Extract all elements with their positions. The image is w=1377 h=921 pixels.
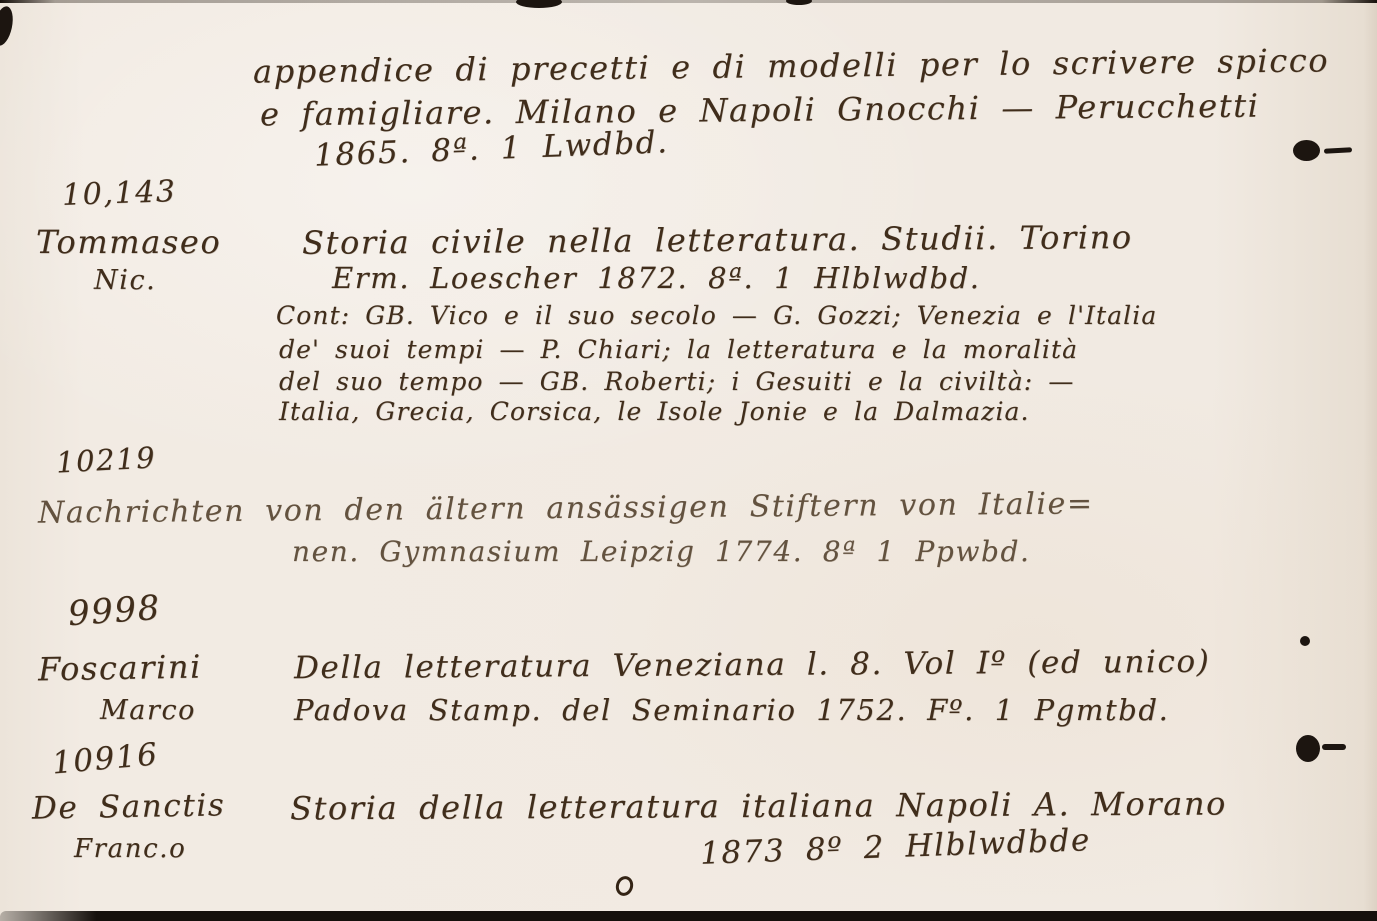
tommaseo-contents-line-4: Italia, Grecia, Corsica, le Isole Jonie … xyxy=(279,399,1030,424)
author-tommaseo: Tommaseo xyxy=(36,226,221,258)
ink-dash-right-1 xyxy=(1324,147,1352,153)
top-edge-blot xyxy=(516,0,562,8)
author-foscarini-forename: Marco xyxy=(100,697,196,724)
author-tommaseo-forename: Nic. xyxy=(94,267,156,294)
entry-number-desanctis: 10916 xyxy=(51,739,160,779)
continuation-line-2: e famigliare. Milano e Napoli Gnocchi — … xyxy=(260,90,1260,131)
tommaseo-title-line-2: Erm. Loescher 1872. 8ª. 1 Hlblwdbd. xyxy=(332,264,981,293)
ink-dash-right-2 xyxy=(1322,744,1346,750)
nachrichten-title-line-1: Nachrichten von den ältern ansässigen St… xyxy=(38,489,1094,528)
tommaseo-contents-line-1: Cont: GB. Vico e il suo secolo — G. Gozz… xyxy=(276,303,1157,328)
author-desanctis-forename: Franc.o xyxy=(74,836,186,862)
tommaseo-contents-line-2: de' suoi tempi — P. Chiari; la letteratu… xyxy=(279,337,1078,362)
ink-dot-right xyxy=(1300,636,1310,646)
ink-blot-right-1 xyxy=(1293,140,1320,161)
author-desanctis: De Sanctis xyxy=(32,790,226,824)
entry-number-nachrichten: 10219 xyxy=(55,443,157,477)
author-foscarini: Foscarini xyxy=(38,651,202,686)
nachrichten-title-line-2: nen. Gymnasium Leipzig 1774. 8ª 1 Ppwbd. xyxy=(292,538,1031,566)
continuation-line-3: 1865. 8ª. 1 Lwdbd. xyxy=(314,127,670,172)
top-edge-blot-2 xyxy=(786,0,812,5)
foscarini-title-line-1: Della letteratura Veneziana l. 8. Vol Iº… xyxy=(294,647,1211,684)
corner-ink-mark xyxy=(0,5,16,48)
entry-number-foscarini: 9998 xyxy=(67,591,162,631)
scan-edge-bottom xyxy=(0,911,1377,921)
continuation-line-1: appendice di precetti e di modelli per l… xyxy=(253,44,1329,87)
manuscript-page: appendice di precetti e di modelli per l… xyxy=(0,0,1377,921)
ink-ring-mark xyxy=(613,874,635,898)
foscarini-title-line-2: Padova Stamp. del Seminario 1752. Fº. 1 … xyxy=(294,696,1169,725)
scan-edge-top xyxy=(0,0,1377,3)
desanctis-title-line-2: 1873 8º 2 Hlblwdbde xyxy=(700,825,1092,870)
entry-number-tommaseo: 10,143 xyxy=(62,177,178,211)
ink-blot-right-2 xyxy=(1296,735,1320,762)
tommaseo-title-line-1: Storia civile nella letteratura. Studii.… xyxy=(302,221,1133,259)
desanctis-title-line-1: Storia della letteratura italiana Napoli… xyxy=(290,788,1227,825)
tommaseo-contents-line-3: del suo tempo — GB. Roberti; i Gesuiti e… xyxy=(279,369,1074,394)
